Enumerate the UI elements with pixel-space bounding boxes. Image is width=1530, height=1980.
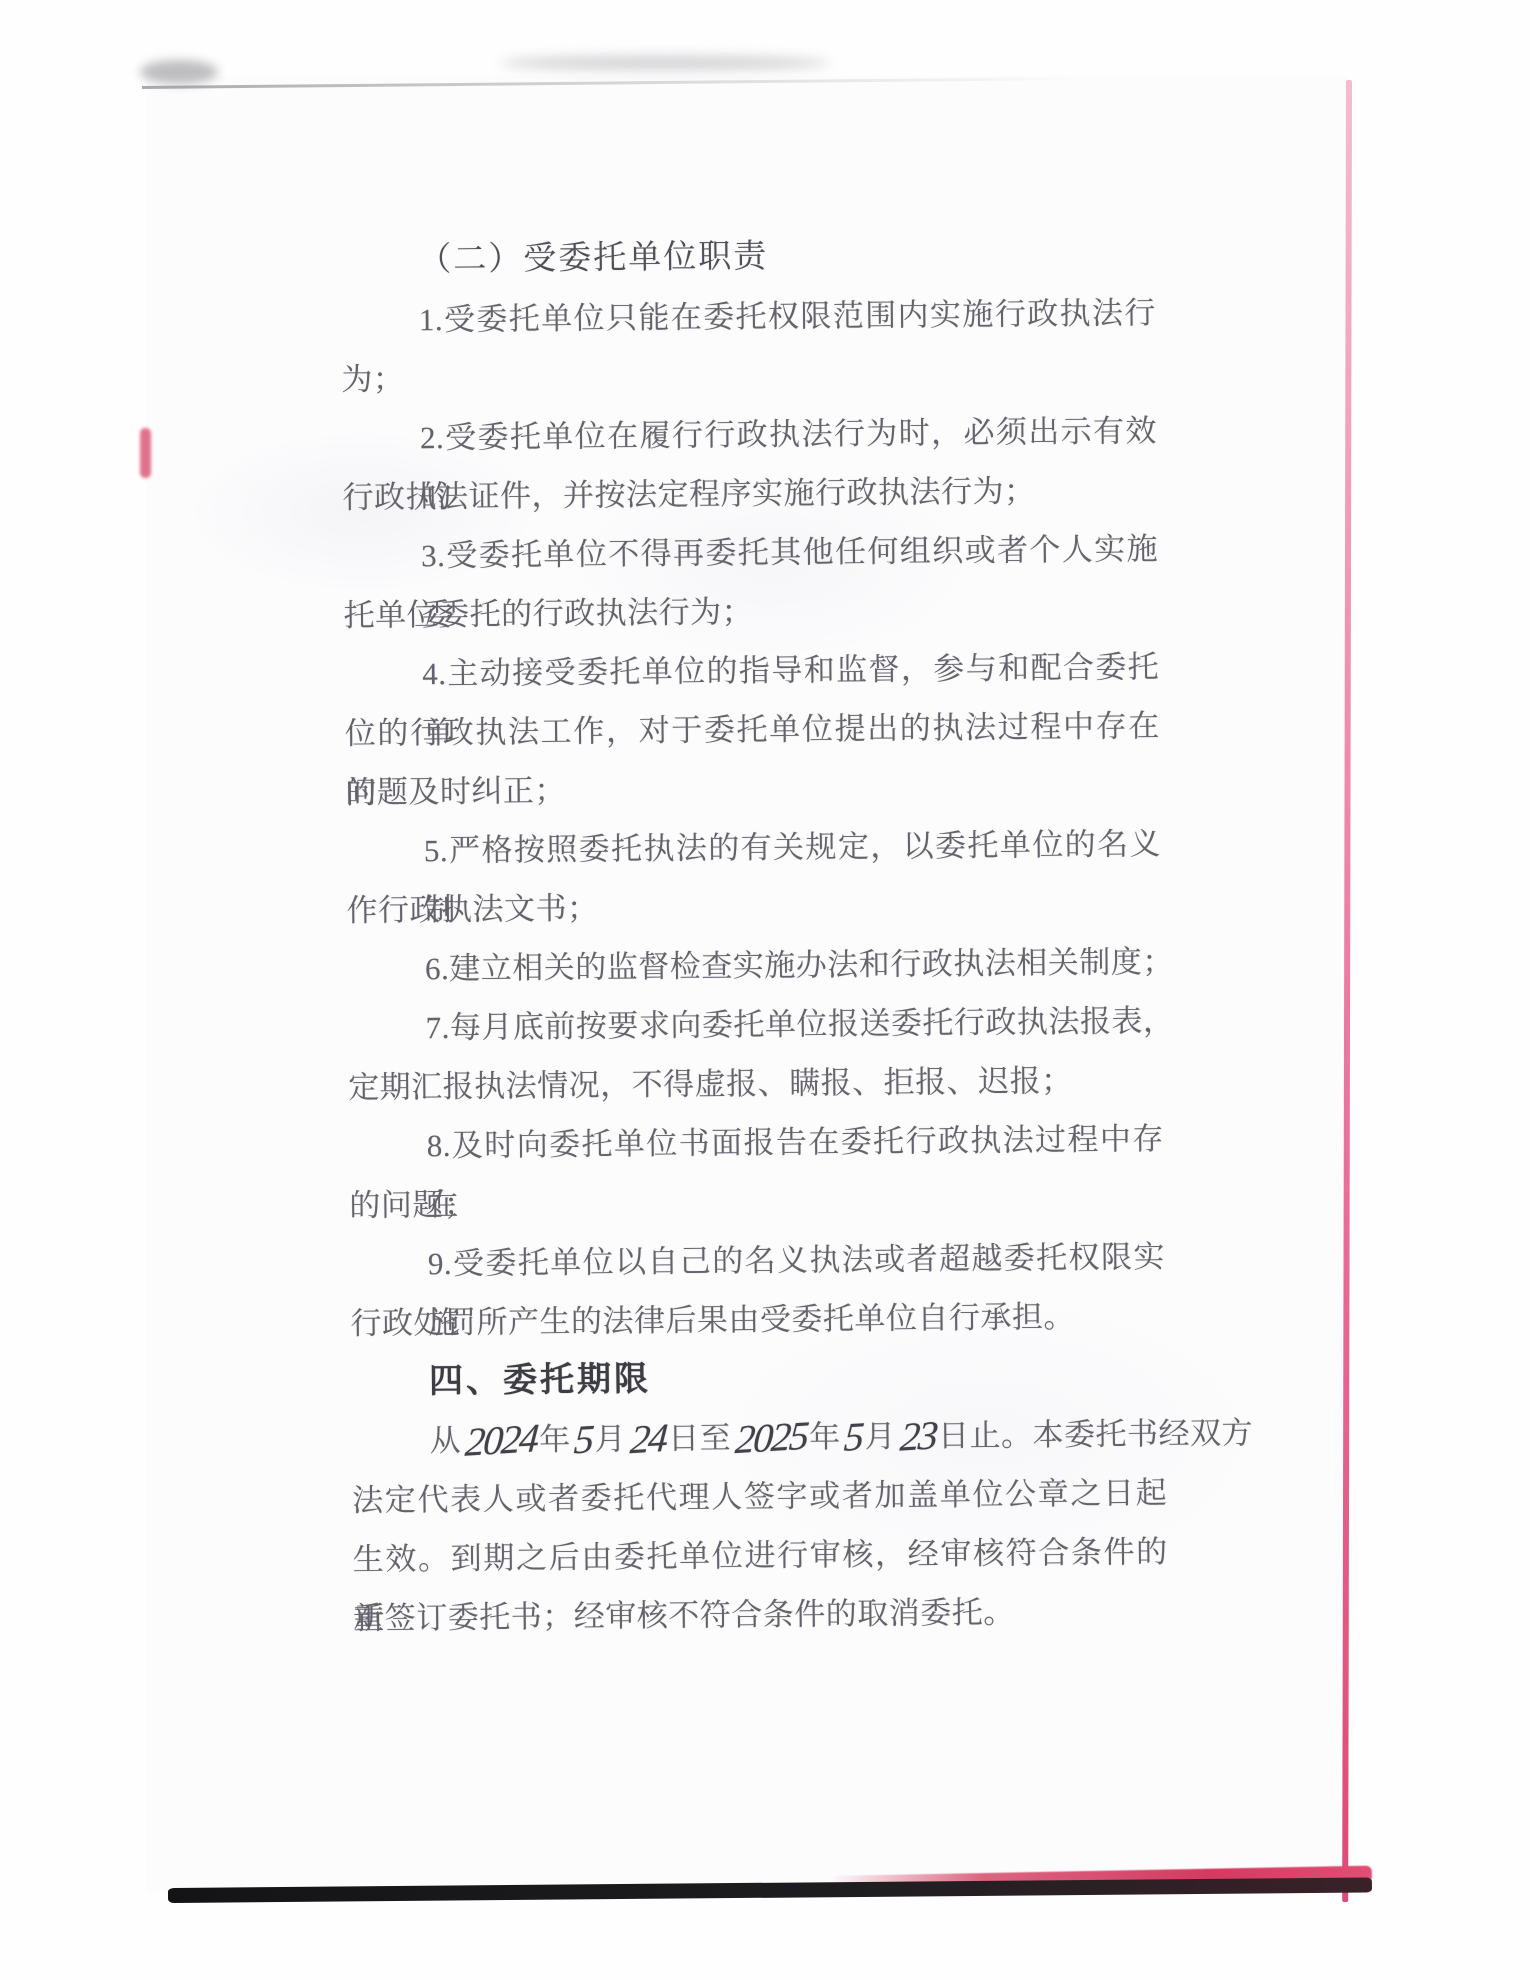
- printed-date-text: 日止。本委托书经双方: [938, 1415, 1253, 1453]
- text-line: 生效。到期之后由委托单位进行审核，经审核符合条件的重: [352, 1522, 1168, 1589]
- text-line: 2.受委托单位在履行行政执法行为时，必须出示有效的: [342, 401, 1158, 468]
- text-line: 新签订委托书；经审核不符合条件的取消委托。: [353, 1581, 1169, 1648]
- text-line: 定期汇报执法情况，不得虚报、瞒报、拒报、迟报；: [348, 1050, 1164, 1117]
- text-line: 法定代表人或者委托代理人签字或者加盖单位公章之日起: [352, 1463, 1168, 1530]
- text-line: 3.受委托单位不得再委托其他任何组织或者个人实施委: [343, 519, 1159, 586]
- handwritten-date-number: 2025: [733, 1416, 808, 1461]
- printed-date-text: 月: [864, 1419, 896, 1454]
- text-line: 位的行政执法工作，对于委托单位提出的执法过程中存在的: [345, 696, 1161, 763]
- handwritten-date-number: 2024: [463, 1418, 538, 1463]
- printed-date-text: 年: [539, 1422, 571, 1457]
- text-line: 从2024年5月24日至2025年5月23日止。本委托书经双方: [351, 1404, 1167, 1471]
- printed-date-text: 从: [429, 1423, 461, 1458]
- handwritten-date-number: 24: [628, 1418, 667, 1461]
- text-line: 问题及时纠正；: [345, 755, 1161, 822]
- scanned-document-page: { "page": { "kind": "scanned paper docum…: [0, 0, 1530, 1980]
- text-line: 托单位委托的行政执法行为；: [343, 578, 1159, 645]
- text-line: 为；: [341, 342, 1157, 409]
- top-scan-smudge: [500, 56, 830, 70]
- printed-date-text: 日至: [668, 1420, 731, 1456]
- text-line: 5.严格按照委托执法的有关规定，以委托单位的名义制: [346, 814, 1162, 881]
- text-line: 6.建立相关的监督检查实施办法和行政执法相关制度；: [347, 932, 1163, 999]
- text-line: 作行政执法文书；: [346, 873, 1162, 940]
- printed-date-text: 月: [594, 1421, 626, 1456]
- text-line: 行政执法证件，并按法定程序实施行政执法行为；: [342, 460, 1158, 527]
- text-line: 7.每月底前按要求向委托单位报送委托行政执法报表，: [347, 991, 1163, 1058]
- section-heading: 四、委托期限: [351, 1345, 1167, 1412]
- text-line: 9.受委托单位以自己的名义执法或者超越委托权限实施: [350, 1227, 1166, 1294]
- handwritten-date-number: 5: [843, 1416, 864, 1457]
- handwritten-date-number: 23: [898, 1415, 937, 1458]
- text-line: 1.受委托单位只能在委托权限范围内实施行政执法行: [341, 283, 1157, 350]
- text-line: 行政处罚所产生的法律后果由受委托单位自行承担。: [350, 1286, 1166, 1353]
- text-line: 8.及时向委托单位书面报告在委托行政执法过程中存在: [348, 1109, 1164, 1176]
- text-line: 4.主动接受委托单位的指导和监督，参与和配合委托单: [344, 637, 1160, 704]
- top-left-scan-smudge: [140, 60, 218, 84]
- section-heading: （二）受委托单位职责: [340, 224, 1156, 291]
- printed-date-text: 年: [809, 1419, 841, 1454]
- handwritten-date-number: 5: [573, 1419, 594, 1460]
- document-text: （二）受委托单位职责1.受委托单位只能在委托权限范围内实施行政执法行为；2.受委…: [340, 224, 1169, 1648]
- left-edge-red-mark: [140, 428, 151, 478]
- text-line: 的问题；: [349, 1168, 1165, 1235]
